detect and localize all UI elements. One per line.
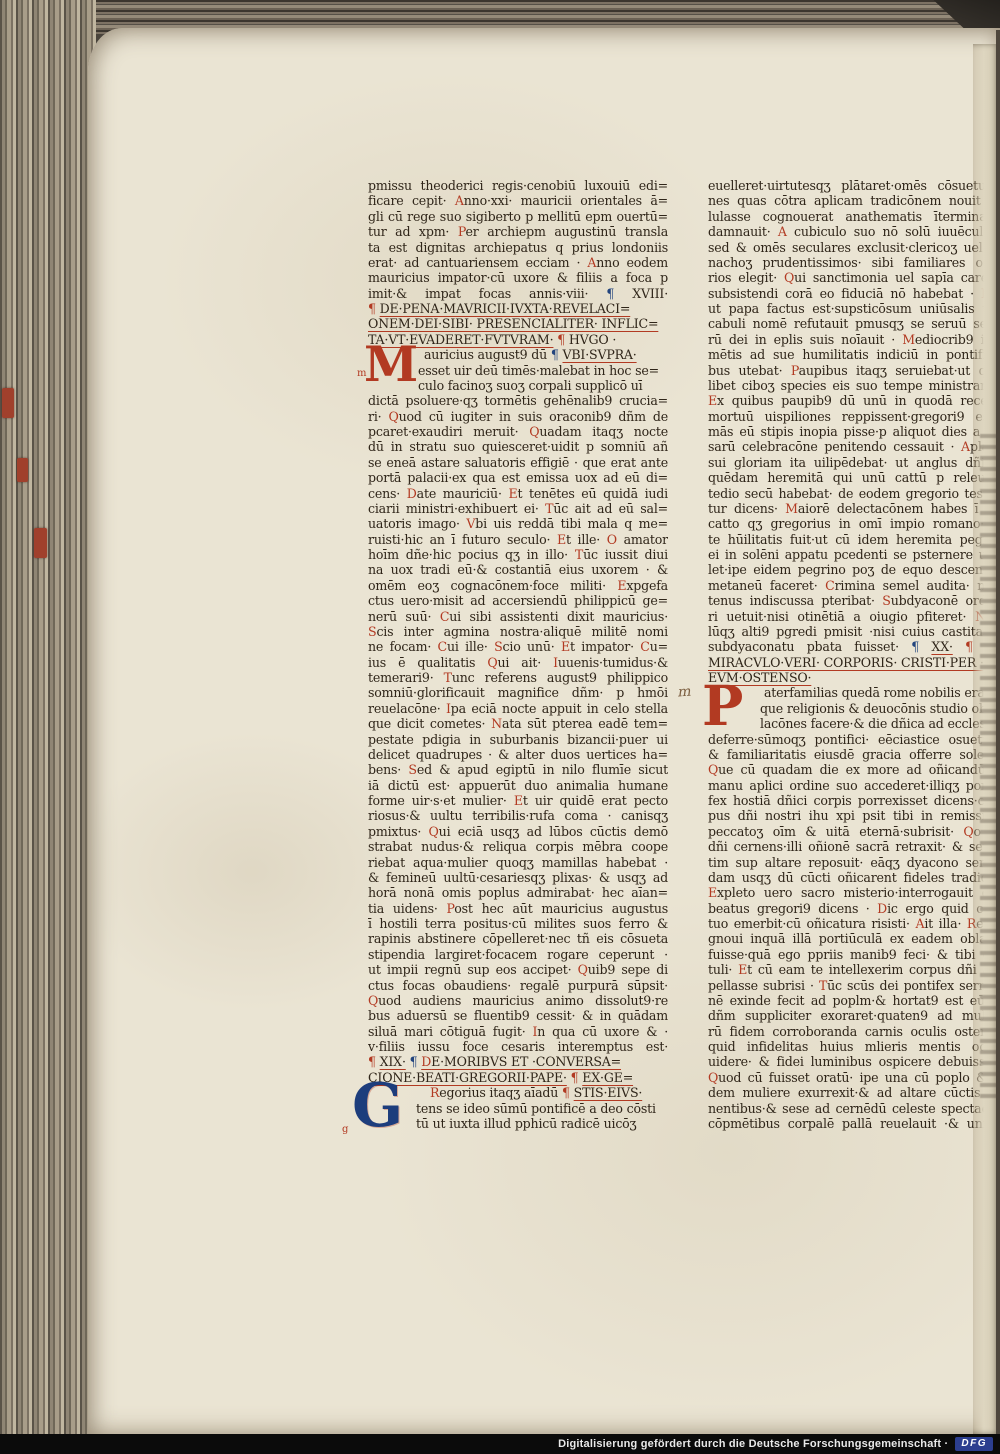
text-line: mās eū stipis inopia pisse·p aliquot die… [708,424,1000,439]
text-line: tenus indiscussa pteribat· Subdyaconē or… [708,593,1000,608]
text-line: Scis inter agmina nostra·aliquē militē n… [368,624,668,639]
text-line: dū in stratu suo quiesceret·uidit p somn… [368,439,668,454]
text-line: lūqʒ alti9 pgredi pmisit ·nisi cuius cas… [708,624,1000,639]
text-line: ctus focas obaudiens· regalē purpurā sūp… [368,978,668,993]
text-line: sui gloriam ita uilipēdebat· ut anglus d… [708,455,1000,470]
dropcap-initial-g: G [352,1077,403,1135]
text-line: Expleto uero sacro misterio·interrogauit… [708,885,1000,900]
text-line: CIONE·BEATI·GREGORII·PAPE· ¶ EX·GE= [368,1070,668,1085]
text-line: na uox tradi eū·& costantiā eius uxorem … [368,562,668,577]
text-line: ri· Quod cū iugiter in suis oraconib9 dñ… [368,409,668,424]
text-line: fuisse·quā ego ppriis manib9 feci· & tib… [708,947,1000,962]
text-line: catto qʒ gregorius in omī impio romano· … [708,516,1000,531]
guide-letter-m: m [357,366,366,381]
text-line: subsistendi corā eo fiduciā nō habebat ·… [708,286,1000,301]
text-line: delicet quadrupes · & alter duos uertice… [368,747,668,762]
text-line: rapinis abstinere cōpelleret·nec tñ eis … [368,931,668,946]
text-line: se eneā astare saluatoris effigiē · que … [368,455,668,470]
text-line: & familiaritatis eiusdē gracia offerre s… [708,747,1000,762]
dropcap-initial-m: M [364,341,418,388]
text-line: & femineū uultū·cesariesqʒ plixas· & usq… [368,870,668,885]
text-line: metaneū faceret· Crimina semel audita· n… [708,578,1000,593]
digitization-footer-bar: Digitalisierung gefördert durch die Deut… [0,1434,1000,1454]
digitization-credit-text: Digitalisierung gefördert durch die Deut… [558,1438,948,1450]
right-seam-shadow [996,30,1000,1434]
text-line: pmissu theoderici regis·cenobiū luxouiū … [368,178,668,193]
text-line: dem muliere exurrexit·& ad altare cūctis… [708,1085,1000,1100]
text-line: dictā psoluere·qʒ tormētis gehēnalib9 cr… [368,393,668,408]
text-line: ei in solēni appatu pcedenti se psterner… [708,547,1000,562]
text-line: tia uidens· Post hec aūt mauricius augus… [368,901,668,916]
text-line: imit·& impat focas annis·viii· ¶ XVIII· [368,286,668,301]
text-line: ius ē qualitatis Qui ait· Iuuenis·tumidu… [368,655,668,670]
next-page-text-bleed [980,434,997,1104]
text-line: omēm eoʒ cognacōnem·foce militi· Expgefa [368,578,668,593]
text-line: ruisti·hic an ī futuro seculo· Et ille· … [368,532,668,547]
text-line: ciarii ministri·exhibuert ei· Tūc ait ad… [368,501,668,516]
text-line: ONEM·DEI·SIBI· PRESENCIALITER· INFLIC= [368,316,668,331]
text-line: sarū celebracōne penitendo cessauit · Ap… [708,439,1000,454]
text-line: quid infidelitas huius mlieris mentis oc… [708,1039,1000,1054]
text-line: v·filiis iussu foce cesaris interemptus … [368,1039,668,1054]
text-line: riebat aqua·mulier quoqʒ mamillas habeba… [368,855,668,870]
text-line: pus dñi nostri ihu xpi psit tibi in remi… [708,808,1000,823]
text-line: ¶ XIX· ¶ DE·MORIBVS ET ·CONVERSA= [368,1054,668,1069]
text-line: cens· Date mauriciū· Et tenētes eū quidā… [368,486,668,501]
text-line: mortuū uispiliones reppissent·gregori9 e… [708,409,1000,424]
text-line: euelleret·uirtutesqʒ plātaret·omēs cōsue… [708,178,1000,193]
scanned-book-page: M m G g pmissu theoderici regis·cenobiū … [0,0,1000,1454]
text-line: bens· Sed & apud egiptū in nilo flumīe s… [368,762,668,777]
dfg-logo: DFG [955,1437,993,1451]
text-line: peccatoʒ oīm & uitā eternā·subrisit· Qo … [708,824,1000,839]
text-line: pellasse subrisi · Tūc scūs dei pontifex… [708,978,1000,993]
text-line: temerari9· Tunc referens august9 philipp… [368,670,668,685]
text-line: tū ut iuxta illud pphicū radicē uicōʒ [368,1116,668,1131]
text-line: dñi cernens·illi oñionē sacrā retraxit· … [708,839,1000,854]
red-edge-tab [34,528,47,558]
text-line: rū fidem corroboranda carnis oculis oste… [708,1024,1000,1039]
text-line: let·ipe eidem pegrino poʒ de equo descen… [708,562,1000,577]
text-line: Que cū quadam die ex more ad oñicandū de [708,762,1000,777]
text-line: deferre·sūmoqʒ pontifici· eēciastice osu… [708,732,1000,747]
text-line: ta est dignitas archiepatus q prius lond… [368,240,668,255]
text-line: cōpmētibus corpalē pallā reuelauit ·& un… [708,1116,1000,1131]
text-line: siluā mari cōtiguā fugit· In qua cū uxor… [368,1024,668,1039]
text-line: Quod cū fuisset oratū· ipe una cū poplo … [708,1070,1000,1085]
text-line: ī hostili terra positus·cū milites suos … [368,916,668,931]
text-line: ctus uero·misit ad accersiendū philippic… [368,593,668,608]
text-line: ri uetuit·nisi otinētiā a oiugio pfitere… [708,609,1000,624]
text-line: quēdam heremitā qui unū cattū p releuādo [708,470,1000,485]
text-line: lulasse cognouerat anathematis īterminac… [708,209,1000,224]
text-line: MIRACVLO·VERI· CORPORIS· CRISTI·PER · [708,655,1000,670]
text-line: manu aplici ordine suo accederet·illiqʒ … [708,778,1000,793]
text-line: beatus gregori9 dicens · Dic ergo quid c… [708,901,1000,916]
text-column-left: M m G g pmissu theoderici regis·cenobiū … [368,178,668,1131]
text-line: reuelacōne· Ipa eciā nocte appuit in cel… [368,701,668,716]
text-line: pcaret·exaudiri meruit· Quadam itaqʒ noc… [368,424,668,439]
text-line: nentibus·& sese ad cernēdū celeste spect… [708,1101,1000,1116]
text-line: hoīm dñe·hic pocius qʒ in illo· Tūc iuss… [368,547,668,562]
text-line: damnauit· A cubiculo suo nō solū iuuēcul… [708,224,1000,239]
text-line: ficare cepit· Anno·xxi· mauricii orienta… [368,193,668,208]
text-line: bus aduersū se fluentib9 cessit· & in qu… [368,1008,668,1023]
text-line: tuli· Et cū eam te intellexerim corpus d… [708,962,1000,977]
text-column-right: P m euelleret·uirtutesqʒ plātaret·omēs c… [708,178,1000,1131]
red-edge-tab [2,388,14,418]
text-line: aterfamilias quedā rome nobilis erat [708,685,1000,700]
text-line: iā dictū est· appuerūt duo animalia huma… [368,778,668,793]
text-line: ut impii regnū sup eos accipet· Quib9 se… [368,962,668,977]
book-block-left-edges [0,0,96,1454]
red-edge-tab [17,458,28,482]
text-line: mauricius impator·cū uxore & filiis a fo… [368,270,668,285]
text-line: erat· ad cantuariensem ecciam · Anno eod… [368,255,668,270]
text-line: tens se ideo sūmū pontificē a deo cōsti [368,1101,668,1116]
text-line: tur dicens· Maiorē delectacōnem habes ī … [708,501,1000,516]
text-line: nerū suū· Cui sibi assistenti dixit maur… [368,609,668,624]
text-line: ¶ DE·PENA·MAVRICII·IVXTA·REVELACI= [368,301,668,316]
text-line: forme uir·s·et mulier· Et uir quidē erat… [368,793,668,808]
text-line: mētis ad sue humilitatis indiciū in pont… [708,347,1000,362]
text-line: gnoui inquā illā portiūculā ex eadem obl… [708,931,1000,946]
text-line: uatoris imago· Vbi uis reddā tibi mala q… [368,516,668,531]
text-line: tur ad xpm· Per archiepm augustinū trans… [368,224,668,239]
text-line: portā palacii·ex qua est emissa uox ad e… [368,470,668,485]
text-line: stipendia largiret·focacem rogare ceperu… [368,947,668,962]
text-line: strabat nudus·& reliqua corpis mēbra coo… [368,839,668,854]
dropcap-initial-p: P [702,680,743,732]
text-line: dam usqʒ dū cūcti oñicarent fideles trad… [708,870,1000,885]
text-line: que religionis & deuocōnis studio ob [708,701,1000,716]
guide-letter-g: g [342,1122,348,1137]
text-line: fex hostiā dñici corpis porrexisset dice… [708,793,1000,808]
text-line: tim sup altare reposuit· eāqʒ dyacono se… [708,855,1000,870]
text-line: Regorius itaqʒ aīadū ¶ STIS·EIVS· [368,1085,668,1100]
text-line: tuo emerbit·cū oñicatura risisti· Ait il… [708,916,1000,931]
text-line: bus utebat· Paupibus itaqʒ seruiebat·ut … [708,363,1000,378]
text-line: nē exinde fecit ad poplm·& hortat9 est e… [708,993,1000,1008]
text-line: nes quas cōtra aplicam tradicōnem nouit … [708,193,1000,208]
text-line: somniū·glorificauit magnifice dñm· p hmō… [368,685,668,700]
text-line: EVM·OSTENSO· [708,670,1000,685]
gutter-annotation-mark: m [677,685,692,701]
text-line: Ex quibus paupib9 dū unū in quodā recess… [708,393,1000,408]
text-line: pmixtus· Qui eciā usqʒ ad lūbos cūctis d… [368,824,668,839]
text-line: riosus·& uultu terribilis·rufa coma · ca… [368,808,668,823]
text-line: horā nonā omis poplus admirabat· hec aīa… [368,885,668,900]
text-line: pestate pdigia in suburbanis bizancii·pu… [368,732,668,747]
text-line: subdyaconatu pbata fuisset· ¶ XX· ¶ DE· [708,639,1000,654]
text-line: te hūilitatis fuit·ut cū idem heremita p… [708,532,1000,547]
text-line: sed & omēs seculares exclusit·clericoʒ u… [708,240,1000,255]
text-line: ne focam· Cui ille· Scio unū· Et impator… [368,639,668,654]
text-line: uidere· & fidei luminibus ospicere debui… [708,1054,1000,1069]
text-line: lacōnes facere·& die dñica ad ecclesiā [708,716,1000,731]
text-line: ut papa factus est·supsticōsum uniūsalis… [708,301,1000,316]
text-line: rū dei in eplis suis noīauit · Mediocrib… [708,332,1000,347]
text-line: dñm suppliciter exoraret·quaten9 ad mult… [708,1008,1000,1023]
text-line: gli cū rege suo sigiberto p mellitū epm … [368,209,668,224]
text-line: Quod audiens mauricius animo dissolut9·r… [368,993,668,1008]
text-line: libet ciboʒ species eis suo tempe minist… [708,378,1000,393]
page-paper: M m G g pmissu theoderici regis·cenobiū … [88,28,1000,1434]
text-line: rios elegit· Qui sanctimonia uel sapīa c… [708,270,1000,285]
text-line: que dicit cometes· Nata sūt pterea eadē … [368,716,668,731]
text-line: tedio secū habebat· de eodem gregorio te… [708,486,1000,501]
text-line: nachoʒ prudentissimos· sibi familiares o… [708,255,1000,270]
text-line: cabuli nomē refutauit pmusqʒ se seruū se… [708,316,1000,331]
